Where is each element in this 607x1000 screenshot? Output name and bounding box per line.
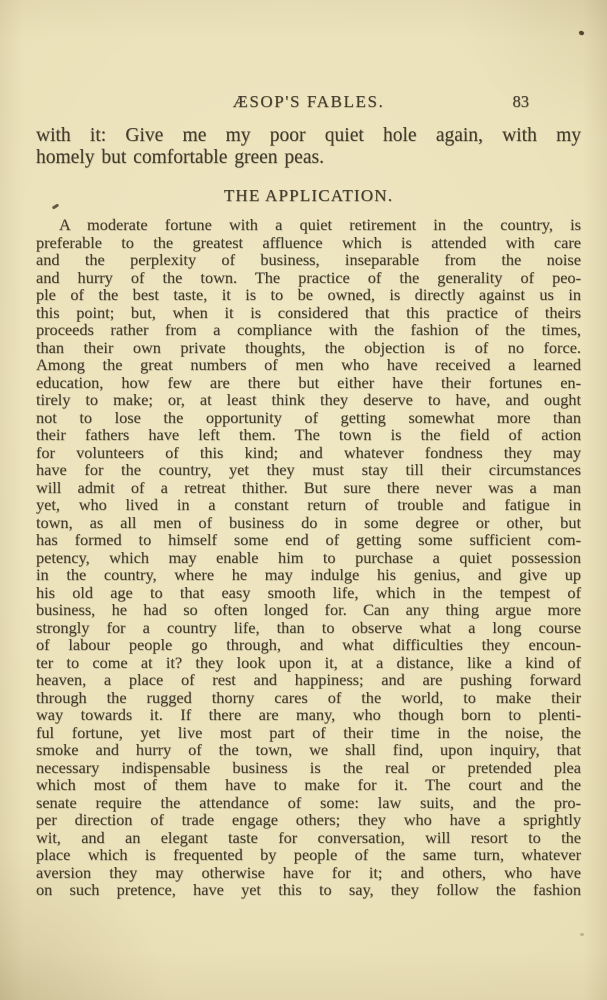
paper-speck <box>580 933 584 936</box>
text-line: per direction of trade engage others; th… <box>36 811 581 829</box>
text-line: than their own private thoughts, the obj… <box>36 339 581 357</box>
text-line: not to lose the opportunity of getting s… <box>36 409 581 427</box>
text-line: ful fortune, yet live most part of their… <box>36 724 581 742</box>
text-line: education, how few are there but either … <box>36 374 581 392</box>
text-line: necessary indispensable business is the … <box>36 759 581 777</box>
text-line: smoke and hurry of the town, we shall fi… <box>36 741 581 759</box>
text-line: heaven, a place of rest and happiness; a… <box>36 671 581 689</box>
page-title: ÆSOP'S FABLES. <box>36 92 581 112</box>
text-line: which most of them have to make for it. … <box>36 776 581 794</box>
text-line: wit, and an elegant taste for conversati… <box>36 829 581 847</box>
text-line: will admit of a retreat thither. But sur… <box>36 479 581 497</box>
text-line: through the rugged thorny cares of the w… <box>36 689 581 707</box>
text-line: tirely to make; or, at least think they … <box>36 391 581 409</box>
text-line: with it: Give me my poor quiet hole agai… <box>36 125 581 147</box>
text-line: yet, who lived in a constant return of t… <box>36 496 581 514</box>
section-heading: THE APPLICATION. <box>36 186 581 206</box>
text-line: strongly for a country life, than to obs… <box>36 619 581 637</box>
text-line: of labour people go through, and what di… <box>36 636 581 654</box>
text-line: have for the country, yet they must stay… <box>36 461 581 479</box>
text-line: in the country, where he may indulge his… <box>36 566 581 584</box>
text-line: and the perplexity of business, insepara… <box>36 251 581 269</box>
application-paragraph: A moderate fortune with a quiet retireme… <box>36 216 581 899</box>
text-line: for volunteers of this kind; and whateve… <box>36 444 581 462</box>
page-number: 83 <box>513 92 530 112</box>
running-header: ÆSOP'S FABLES. 83 <box>36 92 581 112</box>
text-column: ÆSOP'S FABLES. 83 with it: Give me my po… <box>36 92 581 899</box>
text-line: business, he had so often longed for. Ca… <box>36 601 581 619</box>
book-page: ÆSOP'S FABLES. 83 with it: Give me my po… <box>0 0 607 1000</box>
text-line: their fathers have left them. The town i… <box>36 426 581 444</box>
fable-closing-paragraph: with it: Give me my poor quiet hole agai… <box>36 125 581 169</box>
text-line: preferable to the greatest affluence whi… <box>36 234 581 252</box>
text-line: Among the great numbers of men who have … <box>36 356 581 374</box>
text-line: homely but comfortable green peas. <box>36 147 581 169</box>
ink-speck <box>578 30 584 35</box>
text-line: has formed to himself some end of gettin… <box>36 531 581 549</box>
text-line: senate require the attendance of some: l… <box>36 794 581 812</box>
text-line: ter to come at it? they look upon it, at… <box>36 654 581 672</box>
text-line: place which is frequented by people of t… <box>36 846 581 864</box>
text-line: town, as all men of business do in some … <box>36 514 581 532</box>
text-line: ple of the best taste, it is to be owned… <box>36 286 581 304</box>
text-line: aversion they may otherwise have for it;… <box>36 864 581 882</box>
text-line: his old age to that easy smooth life, wh… <box>36 584 581 602</box>
text-line: on such pretence, have yet this to say, … <box>36 881 581 899</box>
text-line: proceeds rather from a compliance with t… <box>36 321 581 339</box>
text-line: petency, which may enable him to purchas… <box>36 549 581 567</box>
text-line: A moderate fortune with a quiet retireme… <box>36 216 581 234</box>
text-line: this point; but, when it is considered t… <box>36 304 581 322</box>
text-line: and hurry of the town. The practice of t… <box>36 269 581 287</box>
text-line: way towards it. If there are many, who t… <box>36 706 581 724</box>
